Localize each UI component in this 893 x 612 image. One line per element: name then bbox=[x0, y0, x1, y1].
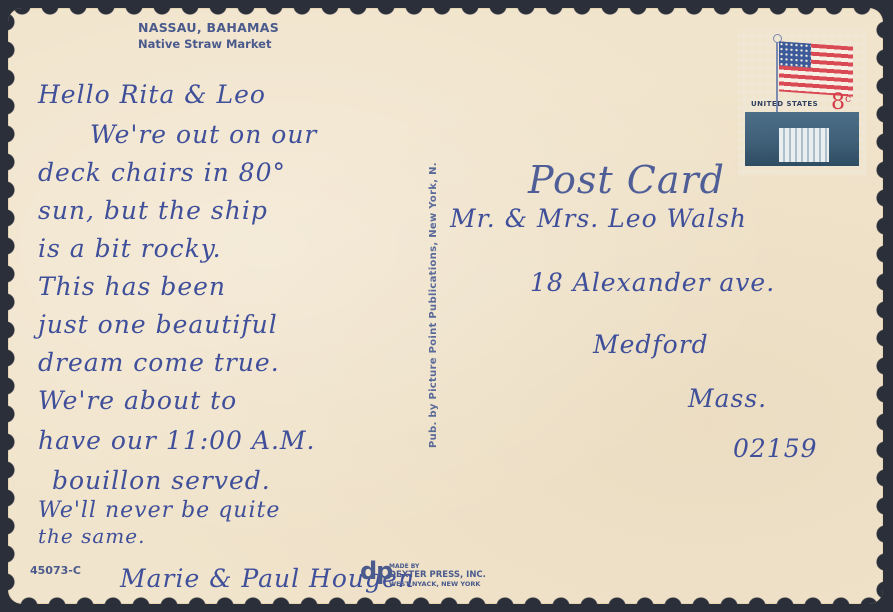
caption-subject: Native Straw Market bbox=[138, 36, 279, 52]
scalloped-edge-left bbox=[8, 8, 20, 604]
dexter-press-logo: dp bbox=[360, 559, 392, 583]
address-zip: 02159 bbox=[733, 434, 818, 463]
white-house-icon bbox=[745, 112, 859, 166]
message-line: bouillon served. bbox=[52, 466, 271, 495]
stamp-value-unit: c bbox=[845, 92, 851, 105]
message-line: deck chairs in 80° bbox=[38, 158, 286, 187]
postage-stamp: UNITED STATES 8c bbox=[741, 32, 863, 172]
publisher-credit: Pub. by Picture Point Publications, New … bbox=[428, 162, 439, 448]
stamp-country: UNITED STATES bbox=[751, 100, 818, 108]
flag-canton bbox=[779, 41, 811, 67]
message-line: is a bit rocky. bbox=[38, 234, 222, 263]
post-card-title: Post Card bbox=[528, 158, 725, 202]
caption-location: NASSAU, BAHAMAS bbox=[138, 20, 279, 36]
us-flag-icon bbox=[779, 41, 853, 96]
printer-credit: MADE BY DEXTER PRESS, INC. WEST NYACK, N… bbox=[389, 562, 486, 589]
message-line: This has been bbox=[38, 272, 226, 301]
message-line: have our 11:00 A.M. bbox=[38, 426, 315, 455]
scalloped-edge-bottom bbox=[8, 592, 883, 604]
address-city: Medford bbox=[593, 330, 709, 359]
message-line: We'll never be quite bbox=[38, 498, 280, 523]
message-line: the same. bbox=[38, 524, 145, 548]
printed-caption: NASSAU, BAHAMAS Native Straw Market bbox=[138, 20, 279, 52]
scalloped-edge-top bbox=[8, 8, 883, 20]
printer-location: WEST NYACK, NEW YORK bbox=[389, 580, 486, 589]
scalloped-edge-right bbox=[871, 8, 883, 604]
postcard-back: NASSAU, BAHAMAS Native Straw Market UNIT… bbox=[8, 8, 883, 604]
message-line: sun, but the ship bbox=[38, 196, 268, 225]
printer-name: DEXTER PRESS, INC. bbox=[389, 571, 486, 580]
message-line: Hello Rita & Leo bbox=[38, 80, 266, 109]
message-line: We're out on our bbox=[90, 120, 317, 149]
message-line: dream come true. bbox=[38, 348, 280, 377]
message-line: We're about to bbox=[38, 386, 237, 415]
address-recipient: Mr. & Mrs. Leo Walsh bbox=[450, 204, 747, 233]
card-number: 45073-C bbox=[30, 564, 81, 577]
message-line: just one beautiful bbox=[38, 310, 278, 339]
address-street: 18 Alexander ave. bbox=[530, 268, 775, 297]
address-state: Mass. bbox=[688, 384, 767, 413]
white-house-building bbox=[779, 128, 829, 162]
